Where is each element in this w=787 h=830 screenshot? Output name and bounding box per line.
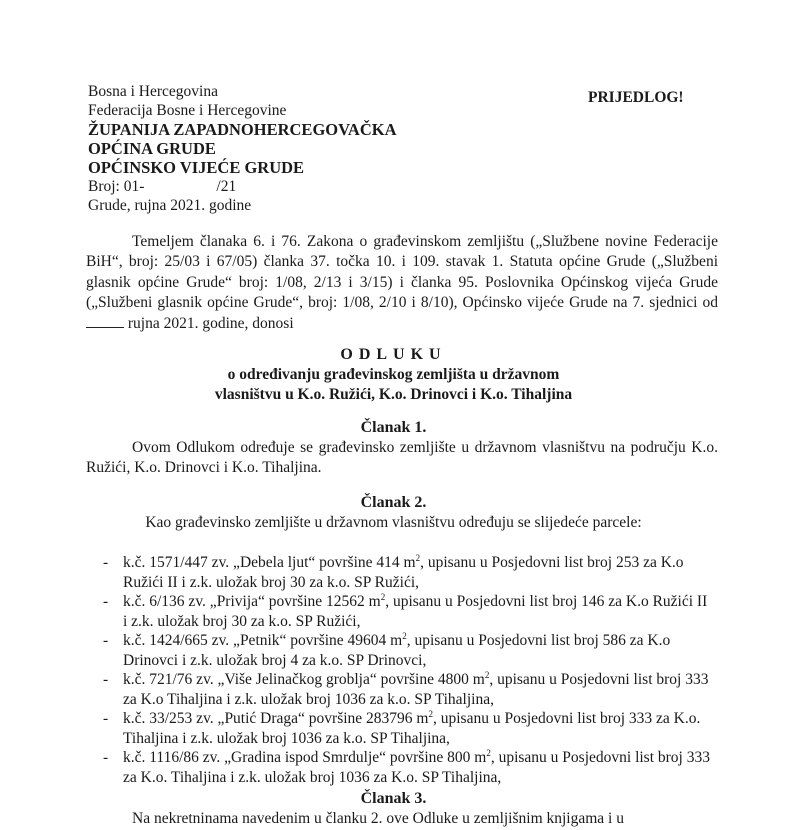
parcel-item: -k.č. 1571/447 zv. „Debela ljut“ površin… <box>93 553 713 592</box>
parcel-item: -k.č. 1424/665 zv. „Petnik“ površine 496… <box>93 631 713 670</box>
header-canton: ŽUPANIJA ZAPADNOHERCEGOVAČKA <box>88 120 396 139</box>
date-blank <box>86 315 124 328</box>
parcel-text: k.č. 1424/665 zv. „Petnik“ površine 4960… <box>123 632 670 669</box>
place-date: Grude, rujna 2021. godine <box>88 196 251 215</box>
header-municipality: OPĆINA GRUDE <box>88 139 216 158</box>
header-country: Bosna i Hercegovina <box>88 82 218 101</box>
preamble-text-end: rujna 2021. godine, donosi <box>128 315 294 332</box>
document-page: Bosna i Hercegovina Federacija Bosne i H… <box>0 0 787 830</box>
parcel-list: -k.č. 1571/447 zv. „Debela ljut“ površin… <box>93 553 713 787</box>
bullet-dash: - <box>103 592 108 612</box>
header-federation: Federacija Bosne i Hercegovine <box>88 101 286 120</box>
preamble-paragraph: Temeljem članaka 6. i 76. Zakona o građe… <box>86 232 718 334</box>
preamble-text: Temeljem članaka 6. i 76. Zakona o građe… <box>86 233 718 311</box>
proposal-label: PRIJEDLOG! <box>588 89 684 107</box>
article-1-text: Ovom Odlukom određuje se građevinsko zem… <box>86 438 718 479</box>
article-1-heading: Članak 1. <box>0 419 787 437</box>
parcel-item: -k.č. 6/136 zv. „Privija“ površine 12562… <box>93 592 713 631</box>
decision-title: ODLUKU o određivanju građevinskog zemlji… <box>0 345 787 405</box>
parcel-text: k.č. 1571/447 zv. „Debela ljut“ površine… <box>123 554 684 591</box>
parcel-text: k.č. 1116/86 zv. „Gradina ispod Smrdulje… <box>123 749 710 786</box>
parcel-text: k.č. 721/76 zv. „Više Jelinačkog groblja… <box>123 671 708 708</box>
parcel-text: k.č. 6/136 zv. „Privija“ površine 12562 … <box>123 593 707 630</box>
parcel-text: k.č. 33/253 zv. „Putić Draga“ površine 2… <box>123 710 700 747</box>
parcel-item: -k.č. 1116/86 zv. „Gradina ispod Smrdulj… <box>93 748 713 787</box>
bullet-dash: - <box>103 709 108 729</box>
article-2-heading: Članak 2. <box>0 494 787 512</box>
article-3-heading: Članak 3. <box>0 790 787 808</box>
bullet-dash: - <box>103 553 108 573</box>
decision-title-main: ODLUKU <box>0 345 787 365</box>
bullet-dash: - <box>103 631 108 651</box>
bullet-dash: - <box>103 670 108 690</box>
article-3-text: Na nekretninama navedenim u članku 2. ov… <box>86 809 718 829</box>
parcel-item: -k.č. 33/253 zv. „Putić Draga“ površine … <box>93 709 713 748</box>
document-number: Broj: 01-/21 <box>88 177 236 196</box>
header-council: OPĆINSKO VIJEĆE GRUDE <box>88 158 304 177</box>
document-number-suffix: /21 <box>216 178 236 195</box>
document-number-prefix: Broj: 01- <box>88 178 144 195</box>
bullet-dash: - <box>103 748 108 768</box>
article-2-text: Kao građevinsko zemljište u državnom vla… <box>0 514 787 532</box>
decision-subtitle-line2: vlasništvu u K.o. Ružići, K.o. Drinovci … <box>0 385 787 405</box>
decision-subtitle-line1: o određivanju građevinskog zemljišta u d… <box>0 365 787 385</box>
parcel-item: -k.č. 721/76 zv. „Više Jelinačkog groblj… <box>93 670 713 709</box>
